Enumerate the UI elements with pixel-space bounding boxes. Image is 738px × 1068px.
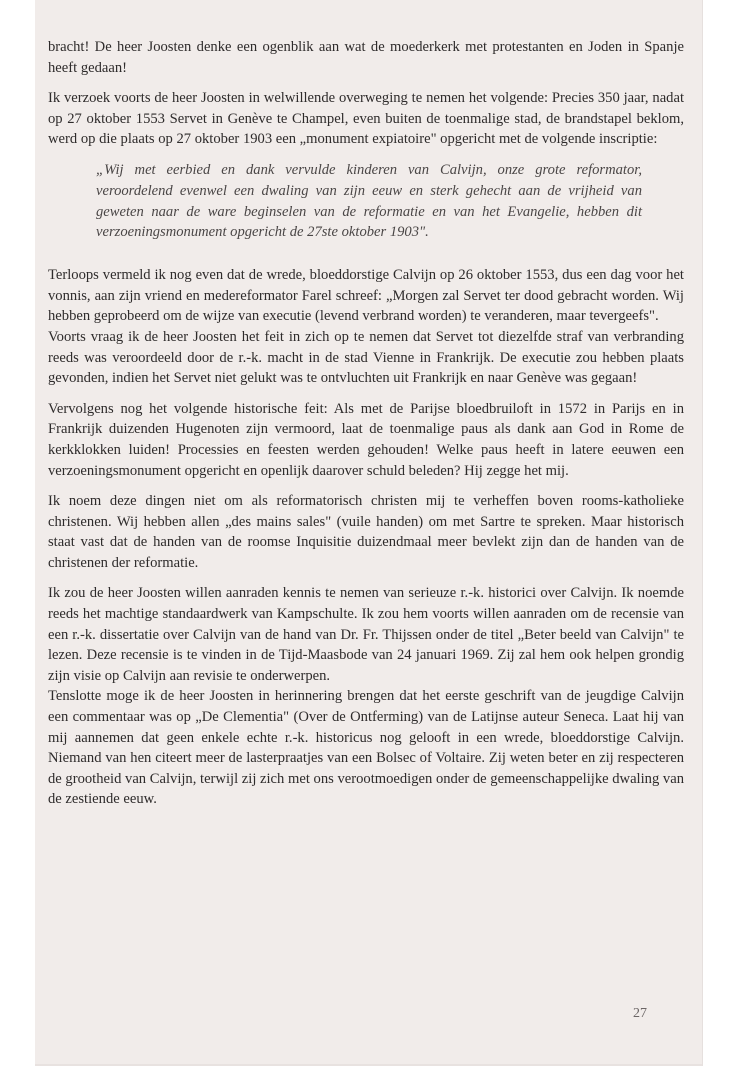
page-body: bracht! De heer Joosten denke een ogenbl… <box>48 37 684 810</box>
paragraph-4: Voorts vraag ik de heer Joosten het feit… <box>48 327 684 389</box>
paragraph-5: Vervolgens nog het volgende historische … <box>48 399 684 481</box>
paragraph-2: Ik verzoek voorts de heer Joosten in wel… <box>48 88 684 150</box>
paragraph-1: bracht! De heer Joosten denke een ogenbl… <box>48 37 684 78</box>
paragraph-3: Terloops vermeld ik nog even dat de wred… <box>48 265 684 327</box>
page-number: 27 <box>633 1006 647 1022</box>
book-page: bracht! De heer Joosten denke een ogenbl… <box>35 0 703 1066</box>
paragraph-6: Ik noem deze dingen niet om als reformat… <box>48 491 684 573</box>
paragraph-7: Ik zou de heer Joosten willen aanraden k… <box>48 583 684 686</box>
inscription-quote: „Wij met eerbied en dank vervulde kinder… <box>96 160 642 243</box>
paragraph-8: Tenslotte moge ik de heer Joosten in her… <box>48 686 684 810</box>
